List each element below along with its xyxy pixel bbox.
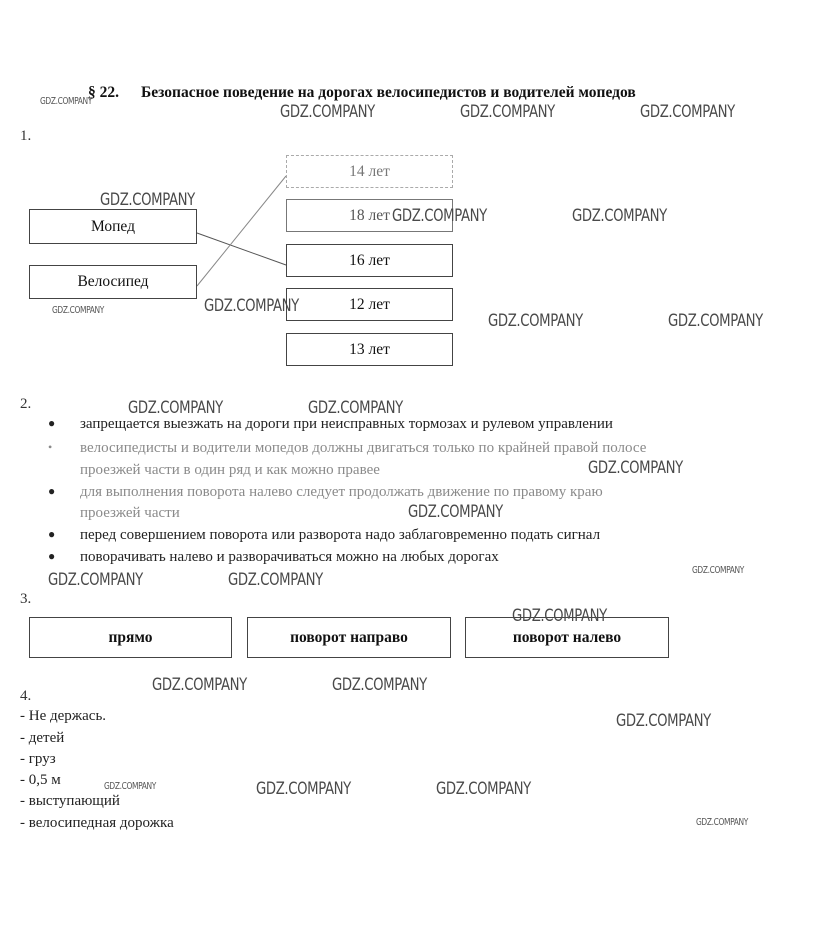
watermark: GDZ.COMPANY xyxy=(692,565,744,576)
watermark: GDZ.COMPANY xyxy=(572,206,667,226)
watermark: GDZ.COMPANY xyxy=(100,190,195,210)
task-number-2: 2. xyxy=(20,396,31,413)
watermark: GDZ.COMPANY xyxy=(408,502,503,522)
bullet-icon: ● xyxy=(48,484,55,499)
watermark: GDZ.COMPANY xyxy=(332,675,427,695)
watermark: GDZ.COMPANY xyxy=(152,675,247,695)
watermark: GDZ.COMPANY xyxy=(696,817,748,828)
task-number-3: 3. xyxy=(20,591,31,608)
answer-line: - Не держась. xyxy=(20,708,106,725)
watermark: GDZ.COMPANY xyxy=(616,711,711,731)
answer-line: - груз xyxy=(20,751,56,768)
vehicle-box-moped: Мопед xyxy=(29,209,197,244)
watermark: GDZ.COMPANY xyxy=(52,305,104,316)
line-moped-16 xyxy=(197,233,286,265)
direction-box-straight: прямо xyxy=(29,617,232,658)
watermark: GDZ.COMPANY xyxy=(228,570,323,590)
watermark: GDZ.COMPANY xyxy=(512,606,607,626)
age-box-16: 16 лет xyxy=(286,244,453,277)
watermark: GDZ.COMPANY xyxy=(256,779,351,799)
answer-line: - 0,5 м xyxy=(20,772,61,789)
watermark: GDZ.COMPANY xyxy=(588,458,683,478)
answer-line: - детей xyxy=(20,730,64,747)
watermark: GDZ.COMPANY xyxy=(204,296,299,316)
bullet-icon: ● xyxy=(48,416,55,431)
age-box-12: 12 лет xyxy=(286,288,453,321)
bullet-icon: ● xyxy=(48,527,55,542)
watermark: GDZ.COMPANY xyxy=(308,398,403,418)
watermark: GDZ.COMPANY xyxy=(488,311,583,331)
direction-box-right: поворот направо xyxy=(247,617,451,658)
watermark: GDZ.COMPANY xyxy=(128,398,223,418)
watermark: GDZ.COMPANY xyxy=(392,206,487,226)
vehicle-box-bicycle: Велосипед xyxy=(29,265,197,299)
answer-line: - выступающий xyxy=(20,793,120,810)
watermark: GDZ.COMPANY xyxy=(436,779,531,799)
age-box-13: 13 лет xyxy=(286,333,453,366)
bullet-icon: ● xyxy=(48,549,55,564)
watermark: GDZ.COMPANY xyxy=(48,570,143,590)
watermark: GDZ.COMPANY xyxy=(668,311,763,331)
task-number-4: 4. xyxy=(20,688,31,705)
age-box-14: 14 лет xyxy=(286,155,453,188)
answer-line: - велосипедная дорожка xyxy=(20,815,174,832)
bullet-icon: • xyxy=(48,440,52,455)
watermark: GDZ.COMPANY xyxy=(104,781,156,792)
line-bicycle-14 xyxy=(197,176,286,286)
